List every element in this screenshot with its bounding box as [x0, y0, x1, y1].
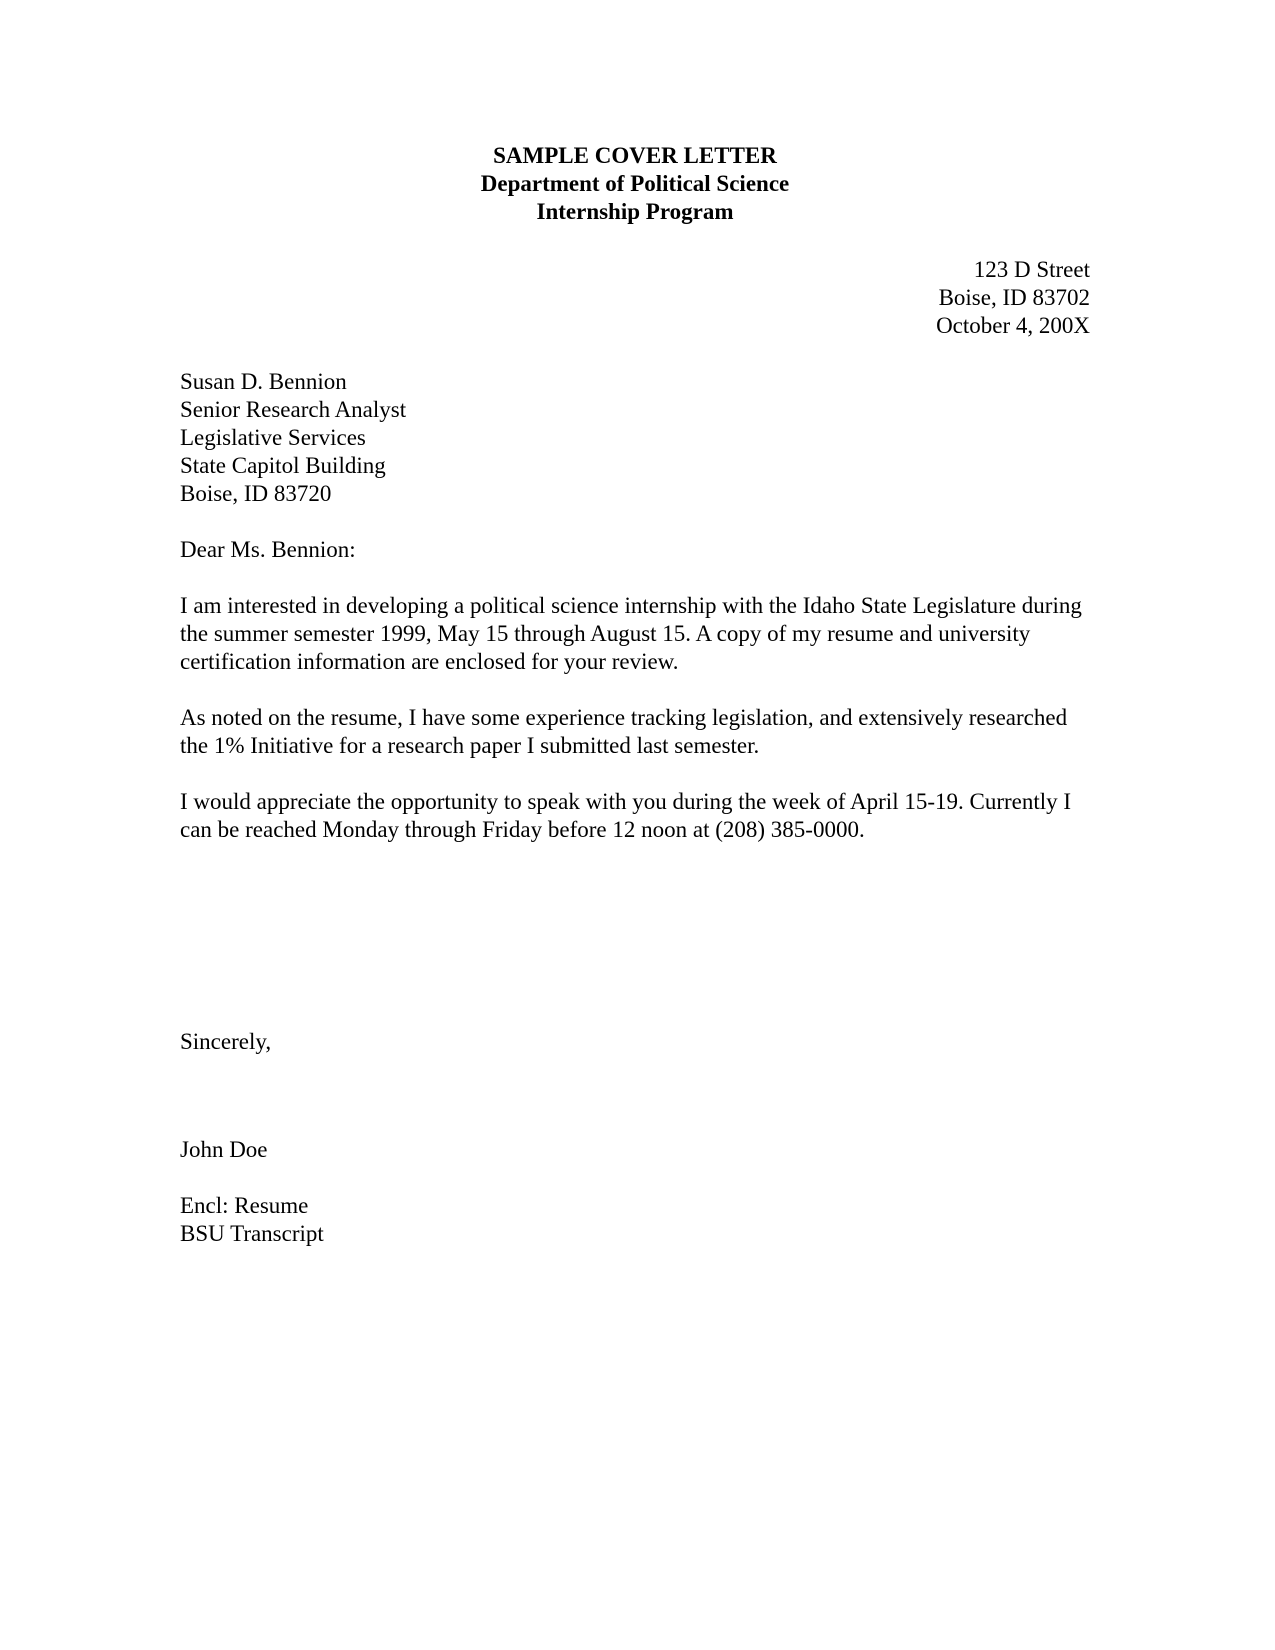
letter-header: SAMPLE COVER LETTER Department of Politi… [180, 142, 1090, 226]
recipient-building: State Capitol Building [180, 452, 1090, 480]
sender-city-state-zip: Boise, ID 83702 [180, 284, 1090, 312]
header-program: Internship Program [180, 198, 1090, 226]
enclosure-block: Encl: Resume BSU Transcript [180, 1192, 1090, 1248]
header-title: SAMPLE COVER LETTER [180, 142, 1090, 170]
recipient-title: Senior Research Analyst [180, 396, 1090, 424]
enclosure-line-transcript: BSU Transcript [180, 1220, 1090, 1248]
body-paragraph-1: I am interested in developing a politica… [180, 592, 1090, 676]
letter-page: SAMPLE COVER LETTER Department of Politi… [0, 0, 1275, 1650]
sender-address-block: 123 D Street Boise, ID 83702 October 4, … [180, 256, 1090, 340]
header-department: Department of Political Science [180, 170, 1090, 198]
signature-name: John Doe [180, 1136, 1090, 1164]
valediction: Sincerely, [180, 1028, 1090, 1056]
salutation: Dear Ms. Bennion: [180, 536, 1090, 564]
enclosure-line-resume: Encl: Resume [180, 1192, 1090, 1220]
body-paragraph-2: As noted on the resume, I have some expe… [180, 704, 1090, 760]
sender-street: 123 D Street [180, 256, 1090, 284]
recipient-city-state-zip: Boise, ID 83720 [180, 480, 1090, 508]
letter-date: October 4, 200X [180, 312, 1090, 340]
recipient-name: Susan D. Bennion [180, 368, 1090, 396]
recipient-organization: Legislative Services [180, 424, 1090, 452]
body-paragraph-3: I would appreciate the opportunity to sp… [180, 788, 1090, 844]
recipient-address-block: Susan D. Bennion Senior Research Analyst… [180, 368, 1090, 508]
